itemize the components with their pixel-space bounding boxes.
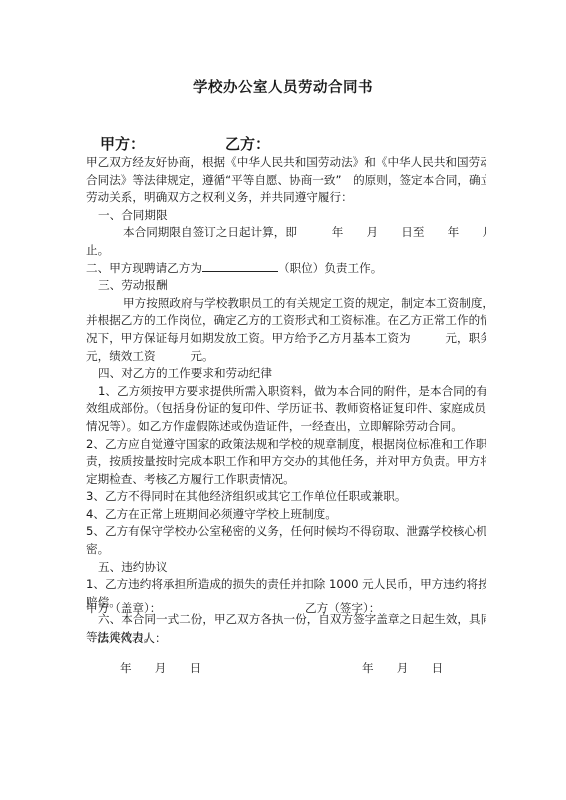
body-line-text: 情况等）。如乙方作虚假陈述或伪造证件，一经查出，立即解除劳动合同。 <box>86 419 463 433</box>
body-line-text: 元，绩效工资 元。 <box>86 349 214 363</box>
body-line-text: 1、乙方须按甲方要求提供所需入职资料，做为本合同的附件，是本合同的有 <box>98 384 486 398</box>
body-line: 止。 <box>86 242 486 260</box>
party-b-date: 年 月 日 <box>362 660 443 676</box>
body-line: 效组成部份。（包括身份证的复印件、学历证书、教师资格证复印件、家庭成员 <box>86 400 486 418</box>
body-line: 3、乙方不得同时在其他经济组织或其它工作单位任职或兼职。 <box>86 488 486 506</box>
body-line: 2、乙方应自觉遵守国家的政策法规和学校的规章制度，根据岗位标准和工作职 <box>86 436 486 454</box>
body-line-text: 定期检查、考核乙方履行工作职责情况。 <box>86 472 295 486</box>
position-blank-field <box>202 260 278 272</box>
document-title: 学校办公室人员劳动合同书 <box>0 76 566 97</box>
body-line-text: 合同法》等法律规定，遵循“平等自愿、协商一致” 的原则，签定本合同，确立 <box>86 173 486 187</box>
party-a-seal-label: 甲方（盖章）： <box>86 600 161 616</box>
body-line-text: 5、乙方有保守学校办公室秘密的义务，任何时候均不得窃取、泄露学校核心机 <box>86 524 486 538</box>
body-line-text: 效组成部份。（包括身份证的复印件、学历证书、教师资格证复印件、家庭成员 <box>86 401 486 415</box>
body-line: 五、违约协议 <box>86 559 486 577</box>
party-a-date: 年 月 日 <box>120 660 201 676</box>
body-line: 甲乙双方经友好协商，根据《中华人民共和国劳动法》和《中华人民共和国劳动 <box>86 154 486 172</box>
body-line-text: 止。 <box>86 243 109 257</box>
body-line-text: 甲方按照政府与学校教职员工的有关规定工资的规定，制定本工资制度， <box>123 296 486 310</box>
party-b-label: 乙方： <box>225 133 270 154</box>
contract-body: 甲乙双方经友好协商，根据《中华人民共和国劳动法》和《中华人民共和国劳动合同法》等… <box>86 154 486 647</box>
body-line-text: 4、乙方在正常上班期间必须遵守学校上班制度。 <box>86 507 337 521</box>
body-line-suffix: （职位）负责工作。 <box>278 261 382 275</box>
body-line-text: 密。 <box>86 542 109 556</box>
body-line: 四、对乙方的工作要求和劳动纪律 <box>86 365 486 383</box>
body-line-text: 2、乙方应自觉遵守国家的政策法规和学校的规章制度，根据岗位标准和工作职 <box>86 437 486 451</box>
body-line: 4、乙方在正常上班期间必须遵守学校上班制度。 <box>86 506 486 524</box>
body-line: 本合同期限自签订之日起计算，即 年 月 日至 年 月 日 <box>86 224 486 242</box>
body-line: 密。 <box>86 541 486 559</box>
body-line: 三、劳动报酬 <box>86 277 486 295</box>
body-line: 甲方按照政府与学校教职员工的有关规定工资的规定，制定本工资制度， <box>86 295 486 313</box>
body-line-text: 3、乙方不得同时在其他经济组织或其它工作单位任职或兼职。 <box>86 489 406 503</box>
party-b-sign-label: 乙方（签字）： <box>305 600 380 616</box>
body-line-text: 二、甲方现聘请乙方为 <box>86 261 202 275</box>
parties-header: 甲方： 乙方： <box>100 133 145 154</box>
body-line: 1、乙方须按甲方要求提供所需入职资料，做为本合同的附件，是本合同的有 <box>86 383 486 401</box>
body-line: 5、乙方有保守学校办公室秘密的义务，任何时候均不得窃取、泄露学校核心机 <box>86 523 486 541</box>
body-line-text: 一、合同期限 <box>98 208 168 222</box>
body-line-text: 五、违约协议 <box>98 560 168 574</box>
body-line: 元，绩效工资 元。 <box>86 348 486 366</box>
body-line: 劳动关系，明确双方之权利义务，并共同遵守履行： <box>86 189 486 207</box>
body-line-text: 甲乙双方经友好协商，根据《中华人民共和国劳动法》和《中华人民共和国劳动 <box>86 155 486 169</box>
body-line-text: 况下，甲方保证每月如期发放工资。甲方给予乙方月基本工资为 元，职务工资 <box>86 331 486 345</box>
body-line: 并根据乙方的工作岗位，确定乙方的工资形式和工资标准。在乙方正常工作的情 <box>86 312 486 330</box>
body-line: 二、甲方现聘请乙方为（职位）负责工作。 <box>86 260 486 278</box>
body-line: 合同法》等法律规定，遵循“平等自愿、协商一致” 的原则，签定本合同，确立 <box>86 172 486 190</box>
body-line: 一、合同期限 <box>86 207 486 225</box>
body-line: 情况等）。如乙方作虚假陈述或伪造证件，一经查出，立即解除劳动合同。 <box>86 418 486 436</box>
body-line-text: 责，按质按量按时完成本职工作和甲方交办的其他任务，并对甲方负责。甲方将 <box>86 454 486 468</box>
body-line: 责，按质按量按时完成本职工作和甲方交办的其他任务，并对甲方负责。甲方将 <box>86 453 486 471</box>
body-line-text: 四、对乙方的工作要求和劳动纪律 <box>98 366 272 380</box>
legal-representative-label: 法人代表人： <box>97 630 167 646</box>
body-line-text: 并根据乙方的工作岗位，确定乙方的工资形式和工资标准。在乙方正常工作的情 <box>86 313 486 327</box>
body-line: 1、乙方违约将承担所造成的损失的责任并扣除 1000 元人民币，甲方违约将按照劳… <box>86 576 486 594</box>
body-line-text: 三、劳动报酬 <box>98 278 168 292</box>
body-line: 定期检查、考核乙方履行工作职责情况。 <box>86 471 486 489</box>
body-line: 况下，甲方保证每月如期发放工资。甲方给予乙方月基本工资为 元，职务工资 <box>86 330 486 348</box>
body-line-text: 本合同期限自签订之日起计算，即 年 月 日至 年 月 日 <box>123 225 486 239</box>
body-line-text: 1、乙方违约将承担所造成的损失的责任并扣除 1000 元人民币，甲方违约将按照劳… <box>86 577 486 591</box>
body-line-text: 劳动关系，明确双方之权利义务，并共同遵守履行： <box>86 190 353 204</box>
party-a-label: 甲方： <box>100 133 145 154</box>
